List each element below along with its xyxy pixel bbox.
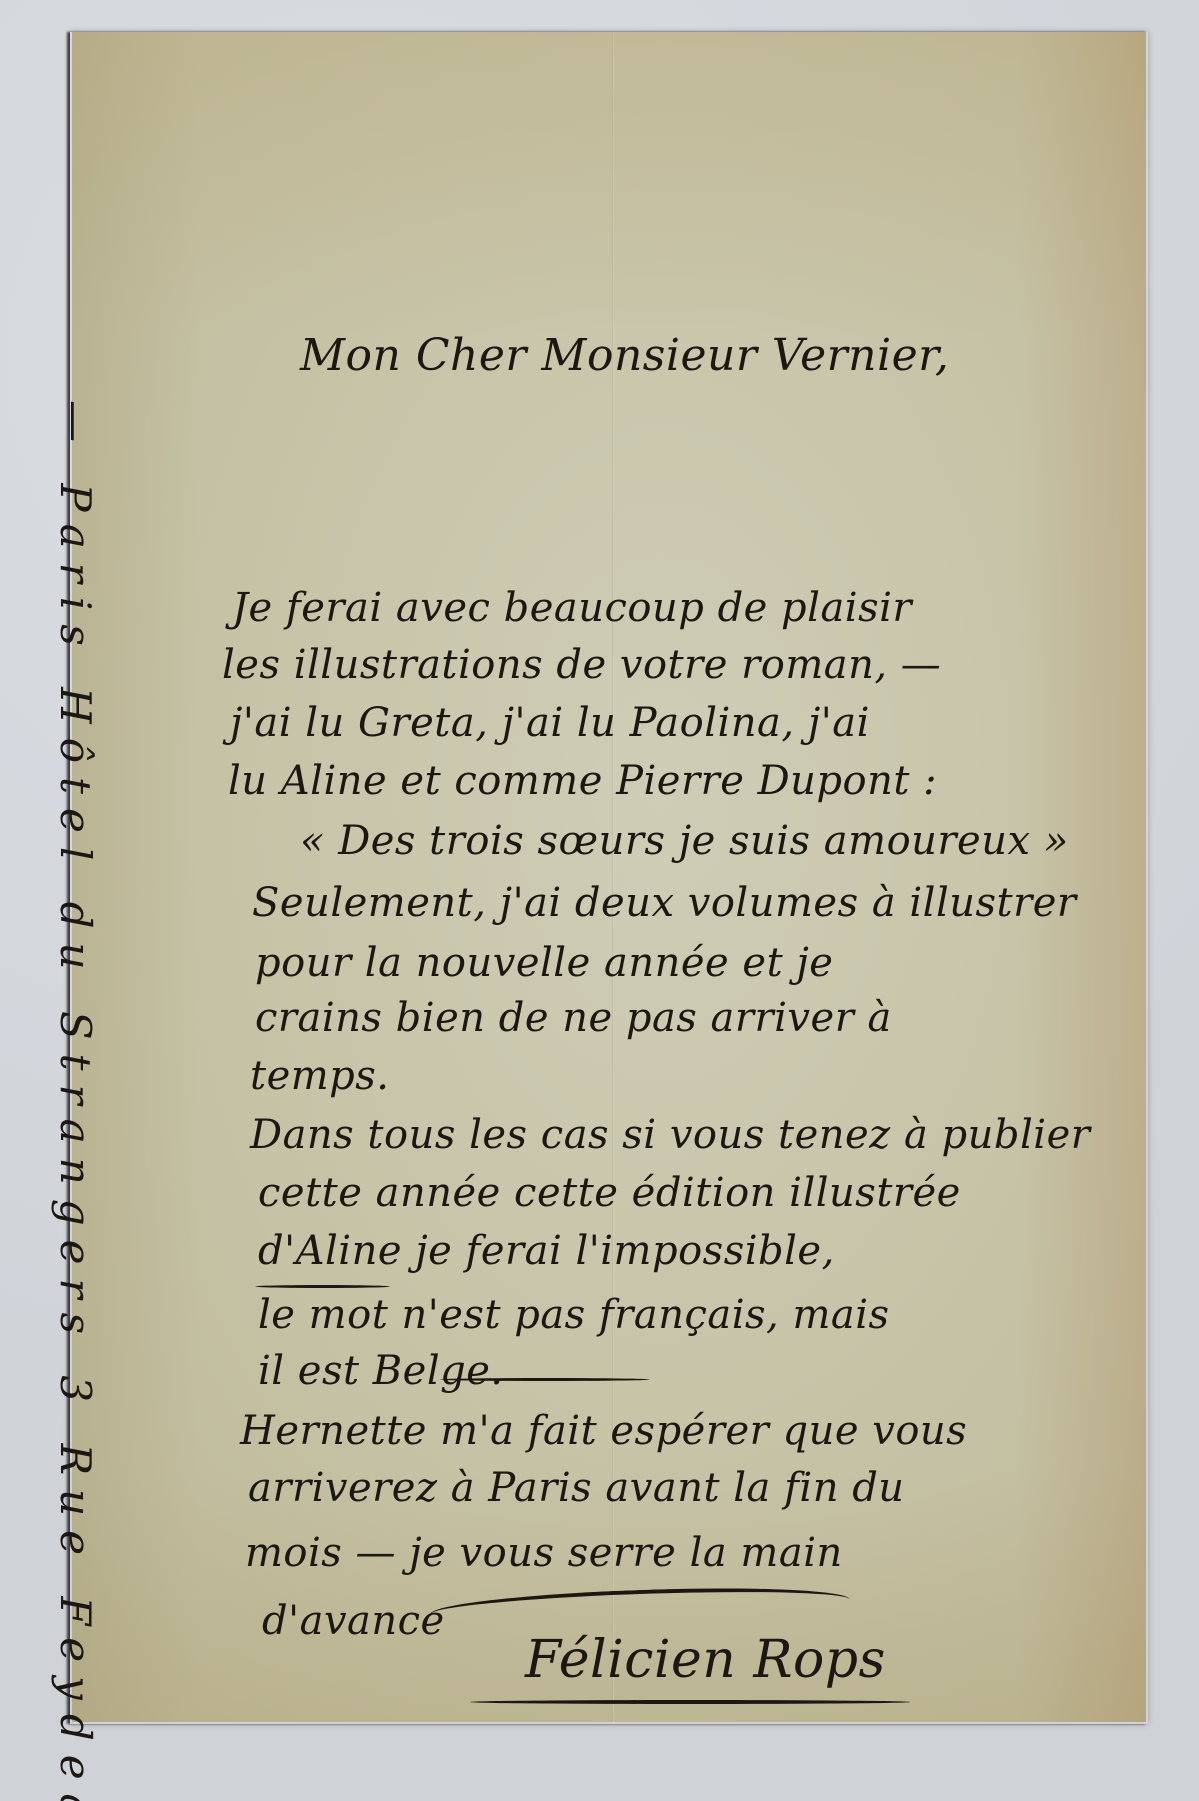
salutation: Mon Cher Monsieur Vernier, xyxy=(300,330,949,381)
body-line: temps. xyxy=(250,1053,390,1099)
margin-address-note: — Paris Hôtel du Strangers 3 Rue Feydeau… xyxy=(51,400,100,1600)
body-line: le mot n'est pas français, mais xyxy=(258,1292,890,1338)
body-line: Hernette m'a fait espérer que vous xyxy=(240,1408,967,1454)
signature: Félicien Rops xyxy=(525,1630,886,1690)
body-line: mois — je vous serre la main xyxy=(245,1530,843,1576)
body-line: arriverez à Paris avant la fin du xyxy=(248,1465,905,1511)
underline-belge xyxy=(440,1378,650,1381)
body-line: cette année cette édition illustrée xyxy=(258,1170,961,1216)
body-line: lu Aline et comme Pierre Dupont : xyxy=(228,758,937,804)
body-line: il est Belge. xyxy=(258,1348,504,1394)
body-line: d'avance xyxy=(262,1598,445,1644)
underline-aline xyxy=(255,1285,390,1288)
body-line: d'Aline je ferai l'impossible, xyxy=(258,1228,835,1274)
signature-underline xyxy=(470,1700,910,1704)
body-line: Seulement, j'ai deux volumes à illustrer xyxy=(252,880,1077,926)
body-line: pour la nouvelle année et je xyxy=(255,940,833,986)
body-line: Dans tous les cas si vous tenez à publie… xyxy=(250,1112,1090,1158)
body-line: j'ai lu Greta, j'ai lu Paolina, j'ai xyxy=(230,700,870,746)
body-line: les illustrations de votre roman, — xyxy=(222,642,941,688)
body-line: « Des trois sœurs je suis amoureux » xyxy=(300,818,1069,864)
body-line: crains bien de ne pas arriver à xyxy=(255,995,892,1041)
body-line: Je ferai avec beaucoup de plaisir xyxy=(232,585,912,631)
